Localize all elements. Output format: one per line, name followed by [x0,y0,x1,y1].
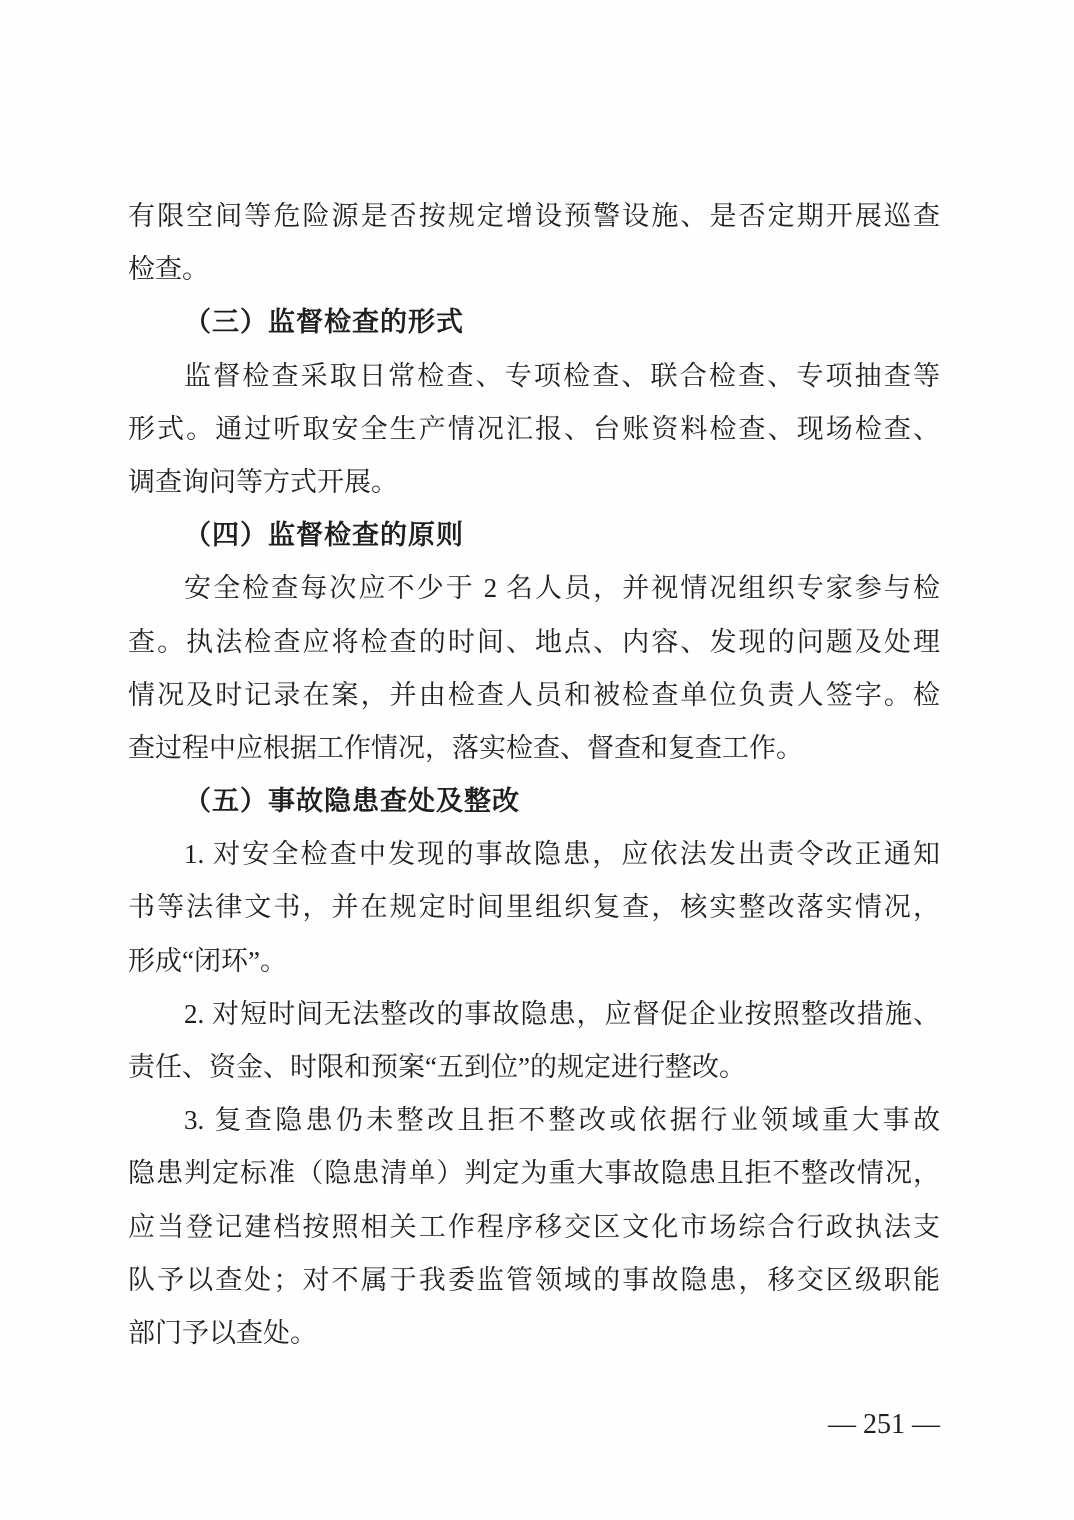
section-heading-3: （三）监督检查的形式 [128,296,940,349]
text-line: 1. 对安全检查中发现的事故隐患，应依法发出责令改正通知 [128,828,940,881]
text-line: 监督检查采取日常检查、专项检查、联合检查、专项抽查等 [128,350,940,403]
text-line: 3. 复查隐患仍未整改且拒不整改或依据行业领域重大事故 [128,1094,940,1147]
page-number: — 251 — [828,1405,940,1445]
section-heading-5: （五）事故隐患查处及整改 [128,775,940,828]
document-page: 有限空间等危险源是否按规定增设预警设施、是否定期开展巡查检查。（三）监督检查的形… [0,0,1074,1520]
text-line: 查。执法检查应将检查的时间、地点、内容、发现的问题及处理 [128,616,940,669]
text-line: 2. 对短时间无法整改的事故隐患，应督促企业按照整改措施、 [128,988,940,1041]
text-line: 安全检查每次应不少于 2 名人员，并视情况组织专家参与检 [128,562,940,615]
text-line: 书等法律文书，并在规定时间里组织复查，核实整改落实情况， [128,881,940,934]
text-line: 责任、资金、时限和预案“五到位”的规定进行整改。 [128,1041,940,1094]
text-line: 队予以查处；对不属于我委监管领域的事故隐患，移交区级职能 [128,1254,940,1307]
text-line: 检查。 [128,243,940,296]
text-line: 情况及时记录在案，并由检查人员和被检查单位负责人签字。检 [128,669,940,722]
text-line: 隐患判定标准（隐患清单）判定为重大事故隐患且拒不整改情况， [128,1147,940,1200]
text-line: 部门予以查处。 [128,1307,940,1360]
text-line: 应当登记建档按照相关工作程序移交区文化市场综合行政执法支 [128,1201,940,1254]
text-line: 调查询问等方式开展。 [128,456,940,509]
text-line: 查过程中应根据工作情况，落实检查、督查和复查工作。 [128,722,940,775]
text-line: 有限空间等危险源是否按规定增设预警设施、是否定期开展巡查 [128,190,940,243]
document-body: 有限空间等危险源是否按规定增设预警设施、是否定期开展巡查检查。（三）监督检查的形… [128,190,940,1360]
text-line: 形式。通过听取安全生产情况汇报、台账资料检查、现场检查、 [128,403,940,456]
section-heading-4: （四）监督检查的原则 [128,509,940,562]
text-line: 形成“闭环”。 [128,935,940,988]
